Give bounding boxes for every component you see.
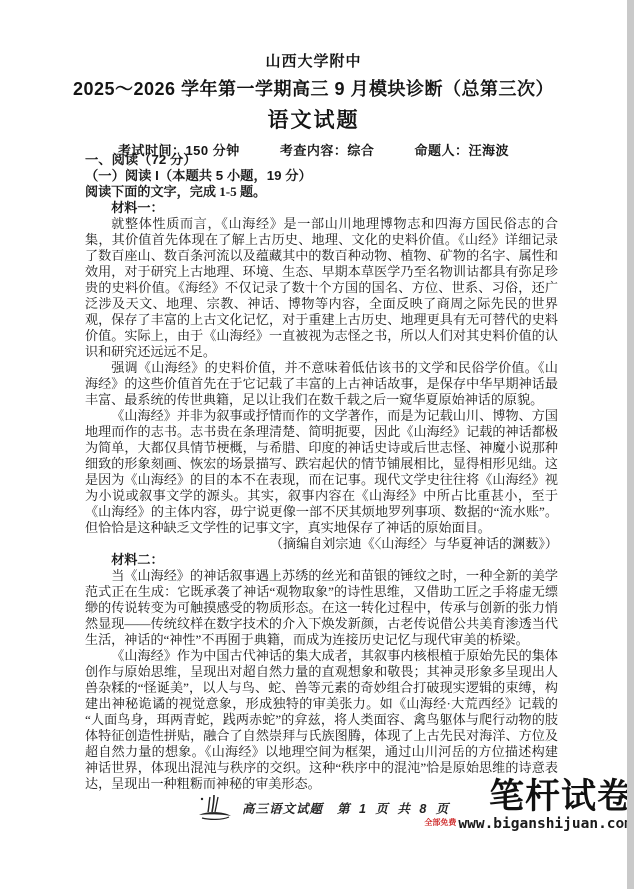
exam-session-title: 2025～2026 学年第一学期高三 9 月模块诊断（总第三次） [0, 75, 627, 101]
material2-label: 材料二： [85, 552, 558, 568]
material1-source: （摘编自刘宗迪《〈山海经〉与华夏神话的渊薮》） [85, 536, 558, 552]
ink-sketch-icon [196, 793, 234, 823]
paper-body: 一、阅读（72 分） （一）阅读 I（本题共 5 小题，19 分） 阅读下面的文… [85, 152, 558, 792]
exam-header: 山西大学附中 2025～2026 学年第一学期高三 9 月模块诊断（总第三次） … [0, 50, 627, 159]
material1-paragraph: 就整体性质而言，《山海经》是一部山川地理博物志和四海方国民俗志的合集，其价值首先… [85, 216, 558, 360]
watermark-free-badge: 全部免费 [424, 815, 456, 830]
school-name: 山西大学附中 [0, 50, 627, 71]
watermark-brand: 笔杆试卷 [403, 779, 633, 815]
site-watermark: 笔杆试卷 全部免费 www.biganshijuan.com [403, 779, 633, 832]
exam-paper-page: 山西大学附中 2025～2026 学年第一学期高三 9 月模块诊断（总第三次） … [0, 0, 634, 889]
material1-paragraph: 《山海经》并非为叙事或抒情而作的文学著作，而是为记载山川、博物、方国地理而作的志… [85, 408, 558, 536]
subject-title: 语文试题 [0, 104, 627, 134]
scan-edge [627, 0, 634, 889]
footer-doc-label: 高三语文试题 [242, 802, 323, 816]
section-heading: 一、阅读（72 分） [85, 152, 558, 168]
subsection-heading: （一）阅读 I（本题共 5 小题，19 分） [85, 168, 558, 184]
material2-paragraph: 《山海经》作为中国古代神话的集大成者，其叙事内核根植于原始先民的集体创作与原始思… [85, 648, 558, 792]
material1-paragraph: 强调《山海经》的史料价值，并不意味着低估该书的文学和民俗学价值。《山海经》的这些… [85, 360, 558, 408]
material1-label: 材料一： [85, 200, 558, 216]
material2-paragraph: 当《山海经》的神话叙事遇上苏绣的丝光和苗银的锤纹之时，一种全新的美学范式正在生成… [85, 568, 558, 648]
watermark-url: www.biganshijuan.com [458, 817, 633, 832]
reading-instruction: 阅读下面的文字，完成 1-5 题。 [85, 184, 558, 200]
